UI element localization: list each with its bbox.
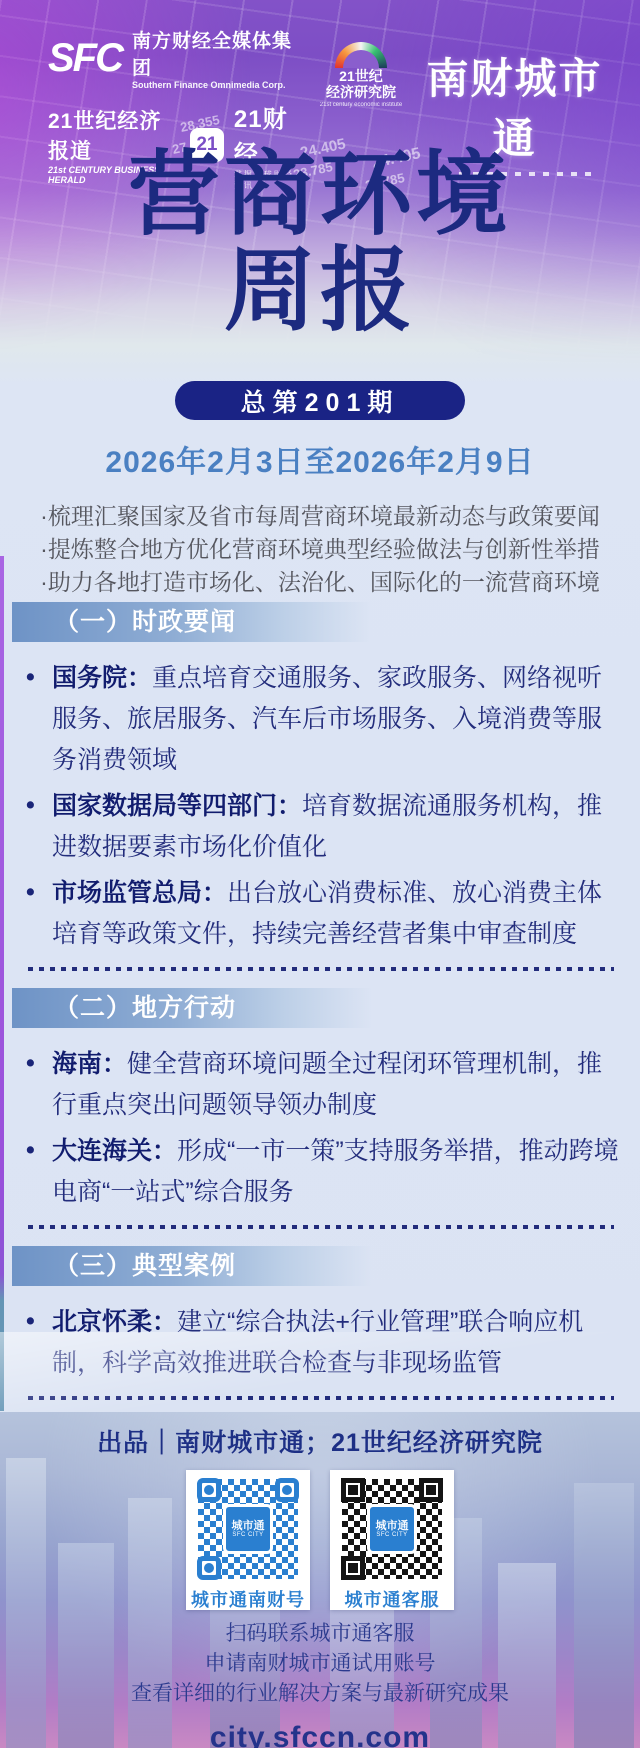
contact-line: 申请南财城市通试用账号	[0, 1649, 640, 1679]
contact-line: 扫码联系城市通客服	[0, 1619, 640, 1649]
website-url: city.sfccn.com	[0, 1721, 640, 1748]
qr-finder-icon	[341, 1556, 365, 1580]
item-text: 健全营商环境问题全过程闭环管理机制，推行重点突出问题领导领办制度	[52, 1050, 602, 1119]
section-heading: （一）时政要闻	[54, 608, 236, 636]
qr-code-nancai: 城市通 SFC CITY	[198, 1479, 298, 1579]
qr-code-service: 城市通 SFC CITY	[342, 1479, 442, 1579]
section-heading: （三）典型案例	[54, 1252, 236, 1280]
dotted-divider	[28, 1225, 614, 1229]
qr-label: 城市通南财号	[186, 1586, 310, 1612]
qr-finder-icon	[419, 1478, 443, 1502]
qr-finder-icon	[197, 1556, 221, 1580]
qr-center-logo: 城市通 SFC CITY	[367, 1504, 417, 1554]
dotted-divider	[28, 967, 614, 971]
sfc-name-en: Southern Finance Omnimedia Corp.	[132, 80, 301, 90]
item-lead: 国务院：	[52, 664, 152, 692]
intro-line: ·助力各地打造市场化、法治化、国际化的一流营商环境	[0, 566, 640, 599]
news-list: 国务院：重点培育交通服务、家政服务、网络视听服务、旅居服务、汽车后市场服务、入境…	[0, 658, 640, 955]
date-range: 2026年2月3日至2026年2月9日	[0, 437, 640, 481]
section-heading-bar: （一）时政要闻	[12, 602, 372, 642]
intro-line: ·梳理汇聚国家及省市每周营商环境最新动态与政策要闻	[0, 500, 640, 533]
qr-finder-icon	[197, 1478, 221, 1502]
qr-finder-icon	[275, 1478, 299, 1502]
qr-label: 城市通客服	[330, 1586, 454, 1612]
section-heading-bar: （二）地方行动	[12, 988, 372, 1028]
news-list: 海南：健全营商环境问题全过程闭环管理机制，推行重点突出问题领导领办制度 大连海关…	[0, 1044, 640, 1213]
left-edge-strip	[0, 556, 4, 1411]
page-title-line2: 周报	[0, 244, 640, 340]
intro-block: ·梳理汇聚国家及省市每周营商环境最新动态与政策要闻 ·提炼整合地方优化营商环境典…	[0, 500, 640, 599]
qr-logo-cn: 城市通	[232, 1520, 265, 1532]
institute-name-cn-2: 经济研究院	[326, 84, 396, 100]
institute-logo: 21世纪 经济研究院 21st century economic institu…	[313, 42, 409, 108]
qr-card-nancai: 城市通 SFC CITY 城市通南财号	[186, 1470, 310, 1610]
issue-badge-text: 总第201期	[241, 383, 400, 419]
issue-badge: 总第201期	[175, 381, 465, 420]
section-local-actions: （二）地方行动 海南：健全营商环境问题全过程闭环管理机制，推行重点突出问题领导领…	[0, 988, 640, 1229]
qr-row: 城市通 SFC CITY 城市通南财号 城市通 SFC CITY 城市通客服	[0, 1470, 640, 1610]
section-politics: （一）时政要闻 国务院：重点培育交通服务、家政服务、网络视听服务、旅居服务、汽车…	[0, 602, 640, 971]
qr-logo-en: SFC CITY	[232, 1532, 263, 1539]
credit-line: 出品｜南财城市通；21世纪经济研究院	[0, 1412, 640, 1459]
light-wedge-decor	[0, 1332, 640, 1412]
news-item: 国务院：重点培育交通服务、家政服务、网络视听服务、旅居服务、汽车后市场服务、入境…	[22, 658, 620, 781]
news-item: 大连海关：形成“一市一策”支持服务举措，推动跨境电商“一站式”综合服务	[22, 1131, 620, 1213]
sfc-logo: SFC	[48, 40, 122, 76]
section-heading-bar: （三）典型案例	[12, 1246, 372, 1286]
item-lead: 市场监管总局：	[52, 879, 227, 907]
institute-name-en: 21st century economic institute	[320, 102, 402, 108]
news-item: 国家数据局等四部门：培育数据流通服务机构，推进数据要素市场化价值化	[22, 786, 620, 868]
news-item: 市场监管总局：出台放心消费标准、放心消费主体培育等政策文件，持续完善经营者集中审…	[22, 873, 620, 955]
qr-card-service: 城市通 SFC CITY 城市通客服	[330, 1470, 454, 1610]
item-lead: 海南：	[52, 1050, 127, 1078]
qr-finder-icon	[341, 1478, 365, 1502]
contact-block: 扫码联系城市通客服 申请南财城市通试用账号 查看详细的行业解决方案与最新研究成果	[0, 1619, 640, 1708]
footer: 出品｜南财城市通；21世纪经济研究院 城市通 SFC CITY 城市通南财号	[0, 1412, 640, 1748]
news-item: 海南：健全营商环境问题全过程闭环管理机制，推行重点突出问题领导领办制度	[22, 1044, 620, 1126]
contact-line: 查看详细的行业解决方案与最新研究成果	[0, 1679, 640, 1709]
item-lead: 国家数据局等四部门：	[52, 792, 302, 820]
institute-name-cn-1: 21世纪	[339, 68, 383, 84]
poster: 28.355 27.554 24.405 23.785 24.405 23.78…	[0, 0, 640, 1748]
sfc-name-cn: 南方财经全媒体集团	[132, 26, 301, 80]
sections-container: （一）时政要闻 国务院：重点培育交通服务、家政服务、网络视听服务、旅居服务、汽车…	[0, 602, 640, 1417]
qr-logo-en: SFC CITY	[376, 1532, 407, 1539]
section-heading: （二）地方行动	[54, 994, 236, 1022]
qr-center-logo: 城市通 SFC CITY	[223, 1504, 273, 1554]
page-title-line1: 营商环境	[0, 148, 640, 244]
page-title: 营商环境 周报	[0, 148, 640, 339]
qr-logo-cn: 城市通	[376, 1520, 409, 1532]
item-lead: 大连海关：	[52, 1137, 177, 1165]
intro-line: ·提炼整合地方优化营商环境典型经验做法与创新性举措	[0, 533, 640, 566]
institute-arc-icon	[335, 42, 387, 68]
